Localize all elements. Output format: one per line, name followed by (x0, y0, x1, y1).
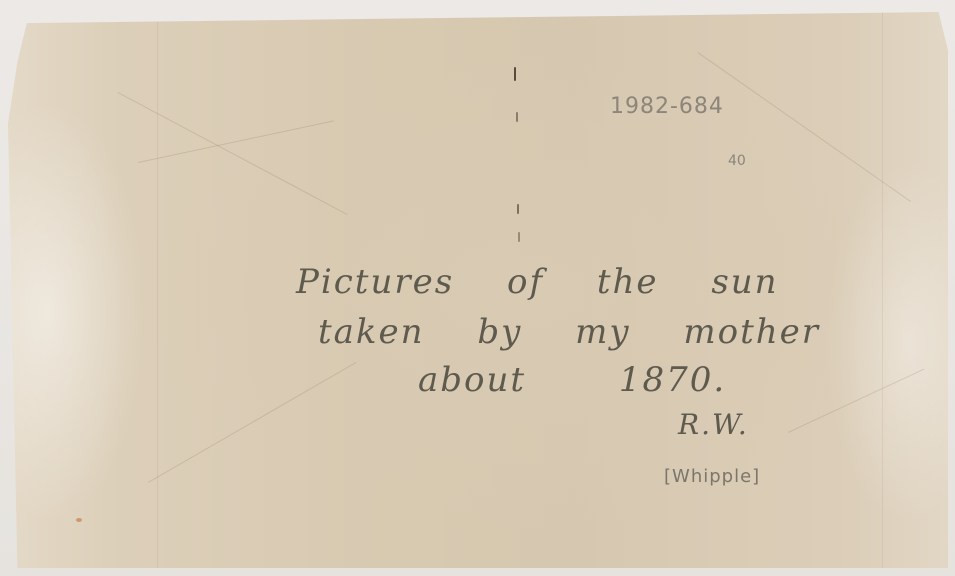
crease-line (157, 12, 158, 568)
item-number: 40 (728, 153, 746, 169)
crease-line (697, 52, 911, 202)
inscription-line-3: about 1870. (418, 360, 726, 400)
crease-line (882, 12, 883, 568)
crease-line (118, 92, 348, 215)
rust-stain (76, 518, 82, 522)
inscription-line-2: taken by my mother (318, 312, 820, 352)
accession-number: 1982-684 (610, 94, 724, 119)
crease-line (148, 362, 356, 483)
center-fold-mark (517, 204, 519, 214)
signature: R.W. (678, 408, 749, 441)
crease-line (138, 120, 334, 163)
name-label: [Whipple] (664, 466, 760, 487)
inscription-line-1: Pictures of the sun (296, 262, 779, 302)
center-fold-mark (518, 232, 520, 242)
center-fold-mark (514, 67, 516, 81)
center-fold-mark (516, 112, 518, 122)
crease-line (788, 369, 924, 433)
